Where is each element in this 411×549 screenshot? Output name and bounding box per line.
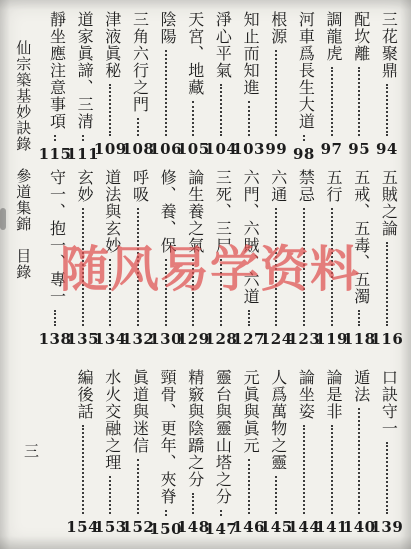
- toc-entry: 遁法140: [346, 369, 372, 536]
- toc-entry-title: 修、養、保: [157, 169, 174, 254]
- toc-entry-title: 道家眞諦、三清: [74, 11, 91, 130]
- toc-leader-dots: [54, 310, 56, 326]
- toc-leader-dots: [331, 208, 333, 326]
- toc-entry-title: 精竅與陰蹻之分: [185, 369, 202, 488]
- toc-entry-title: 三角六行之門: [129, 11, 146, 113]
- toc-entry-title: 守一、抱一、專一: [47, 169, 64, 305]
- toc-entry-title: 五賊之論: [378, 169, 395, 237]
- toc-entry: 道家眞諦、三清111: [70, 11, 96, 158]
- toc-entry: 水火交融之理153: [97, 369, 123, 536]
- toc-leader-dots: [137, 459, 139, 514]
- toc-leader-dots: [165, 259, 167, 326]
- toc-leader-dots: [386, 242, 388, 326]
- toc-entry: 三花聚鼎94: [374, 11, 400, 158]
- toc-entry: 根源99: [263, 11, 289, 158]
- toc-band-middle: 五賊之論116五戒、五毒、五濁118五行119禁忌123六通124六門、六賊、六…: [42, 169, 400, 348]
- toc-entry: 知止而知進103: [236, 11, 262, 158]
- scan-smudge: [0, 208, 6, 230]
- toc-entry-title: 靜坐應注意事項: [47, 11, 64, 130]
- toc-entry: 守一、抱一、專一138: [42, 169, 68, 348]
- toc-entry-title: 口訣守一: [378, 369, 395, 437]
- toc-entry-title: 三花聚鼎: [378, 11, 395, 79]
- toc-leader-dots: [192, 259, 194, 326]
- toc-entry: 三角六行之門108: [125, 11, 151, 158]
- toc-entry-title: 六門、六賊、六道: [240, 169, 257, 305]
- toc-page-number: 99: [265, 140, 287, 158]
- toc-leader-dots: [82, 208, 84, 326]
- toc-page-number: 94: [376, 140, 398, 158]
- toc-entry: 頸骨、更年、夾脊150: [153, 369, 179, 536]
- toc-band-bottom: 口訣守一139遁法140論是非141論坐姿144人爲萬物之靈145元眞與眞元14…: [42, 369, 400, 536]
- toc-entry: 論坐姿144: [291, 369, 317, 536]
- toc-page-number: 103: [232, 140, 265, 158]
- toc-entry: 人爲萬物之靈145: [263, 369, 289, 536]
- book-title: 仙宗築基妙訣錄 參道集錦 目錄: [13, 40, 30, 280]
- toc-leader-dots: [331, 67, 333, 136]
- toc-entry: 配坎離95: [346, 11, 372, 158]
- toc-entry: 禁忌123: [291, 169, 317, 348]
- toc-entry: 道法與玄妙134: [97, 169, 123, 348]
- toc-leader-dots: [137, 208, 139, 326]
- toc-entry-title: 道法與玄妙: [102, 169, 119, 254]
- toc-entry-title: 論生養之氣: [185, 169, 202, 254]
- toc-leader-dots: [358, 310, 360, 326]
- toc-leader-dots: [220, 84, 222, 136]
- toc-leader-dots: [109, 259, 111, 326]
- toc-entry-title: 水火交融之理: [102, 369, 119, 471]
- toc-entry-title: 人爲萬物之靈: [268, 369, 285, 471]
- toc-entry-title: 三死、三尸: [212, 169, 229, 254]
- toc-page-number: 97: [321, 140, 343, 158]
- toc-entry-title: 五行: [323, 169, 340, 203]
- folio-page-number: 三: [24, 440, 39, 461]
- toc-entry: 五行119: [319, 169, 345, 348]
- toc-entry-title: 論是非: [323, 369, 340, 420]
- toc-entry: [42, 369, 68, 536]
- toc-entry-title: 根源: [268, 11, 285, 45]
- toc-entry-title: 六通: [268, 169, 285, 203]
- toc-leader-dots: [192, 493, 194, 514]
- toc-entry-title: 呼吸: [129, 169, 146, 203]
- toc-entry: 六通124: [263, 169, 289, 348]
- toc-entry-title: 禁忌: [295, 169, 312, 203]
- toc-entry: 五賊之論116: [374, 169, 400, 348]
- toc-leader-dots: [54, 135, 56, 141]
- toc-band-top: 三花聚鼎94配坎離95調龍虎97河車爲長生大道98根源99知止而知進103淨心平…: [42, 11, 400, 158]
- toc-leader-dots: [165, 50, 167, 136]
- toc-leader-dots: [358, 408, 360, 514]
- toc-entry: 論生養之氣129: [180, 169, 206, 348]
- toc-entry-title: 元眞與眞元: [240, 369, 257, 454]
- toc-entry-title: 靈台與靈山塔之分: [212, 369, 229, 505]
- toc-leader-dots: [165, 510, 167, 516]
- toc-leader-dots: [192, 101, 194, 136]
- toc-entry-title: 五戒、五毒、五濁: [351, 169, 368, 305]
- toc-leader-dots: [303, 425, 305, 514]
- toc-leader-dots: [220, 510, 222, 516]
- toc-leader-dots: [220, 259, 222, 326]
- toc-leader-dots: [137, 118, 139, 136]
- toc-entry: 呼吸132: [125, 169, 151, 348]
- toc-entry: 五戒、五毒、五濁118: [346, 169, 372, 348]
- toc-entry: 元眞與眞元146: [236, 369, 262, 536]
- toc-entry: 天宮、地藏105: [180, 11, 206, 158]
- toc-entry-title: 河車爲長生大道: [295, 11, 312, 130]
- toc-page-number: 116: [370, 330, 403, 348]
- toc-leader-dots: [331, 425, 333, 514]
- toc-leader-dots: [275, 476, 277, 514]
- toc-entry-title: 淨心平氣: [212, 11, 229, 79]
- toc-leader-dots: [275, 208, 277, 326]
- toc-entry-title: 配坎離: [351, 11, 368, 62]
- toc-page-number: 98: [293, 145, 315, 163]
- scanned-toc-page: 仙宗築基妙訣錄 參道集錦 目錄 三花聚鼎94配坎離95調龍虎97河車爲長生大道9…: [0, 0, 411, 549]
- toc-entry: 口訣守一139: [374, 369, 400, 536]
- toc-entry: 玄妙135: [70, 169, 96, 348]
- toc-leader-dots: [358, 67, 360, 136]
- toc-entry: 淨心平氣104: [208, 11, 234, 158]
- toc-entry-title: 眞道與迷信: [129, 369, 146, 454]
- toc-entry-title: 編後話: [74, 369, 91, 420]
- toc-entry: 眞道與迷信152: [125, 369, 151, 536]
- toc-entry: 靜坐應注意事項115: [42, 11, 68, 158]
- toc-entry-title: 天宮、地藏: [185, 11, 202, 96]
- toc-leader-dots: [82, 135, 84, 141]
- toc-page-number: 139: [370, 518, 403, 536]
- toc-leader-dots: [109, 84, 111, 136]
- toc-leader-dots: [109, 476, 111, 514]
- toc-entry-title: 知止而知進: [240, 11, 257, 96]
- toc-entry-title: 遁法: [351, 369, 368, 403]
- toc-entry-title: 調龍虎: [323, 11, 340, 62]
- toc-entry-title: 陰陽: [157, 11, 174, 45]
- toc-entry: 精竅與陰蹻之分148: [180, 369, 206, 536]
- toc-entry: 靈台與靈山塔之分147: [208, 369, 234, 536]
- toc-page-number: 95: [348, 140, 370, 158]
- toc-entry: 修、養、保130: [153, 169, 179, 348]
- toc-entry: 河車爲長生大道98: [291, 11, 317, 158]
- toc-leader-dots: [248, 101, 250, 136]
- toc-leader-dots: [303, 135, 305, 141]
- toc-leader-dots: [386, 84, 388, 136]
- toc-entry: 論是非141: [319, 369, 345, 536]
- toc-leader-dots: [386, 442, 388, 514]
- toc-leader-dots: [275, 50, 277, 136]
- toc-entry: 陰陽106: [153, 11, 179, 158]
- toc-entry: 調龍虎97: [319, 11, 345, 158]
- toc-entry: 三死、三尸128: [208, 169, 234, 348]
- toc-entry-title: 津液眞秘: [102, 11, 119, 79]
- toc-leader-dots: [248, 459, 250, 514]
- toc-entry-title: 頸骨、更年、夾脊: [157, 369, 174, 505]
- toc-leader-dots: [248, 310, 250, 326]
- toc-entry: 津液眞秘109: [97, 11, 123, 158]
- toc-entry-title: 玄妙: [74, 169, 91, 203]
- toc-entry: 編後話154: [70, 369, 96, 536]
- toc-entry-title: 論坐姿: [295, 369, 312, 420]
- toc-leader-dots: [82, 425, 84, 514]
- toc-entry: 六門、六賊、六道127: [236, 169, 262, 348]
- toc-leader-dots: [303, 208, 305, 326]
